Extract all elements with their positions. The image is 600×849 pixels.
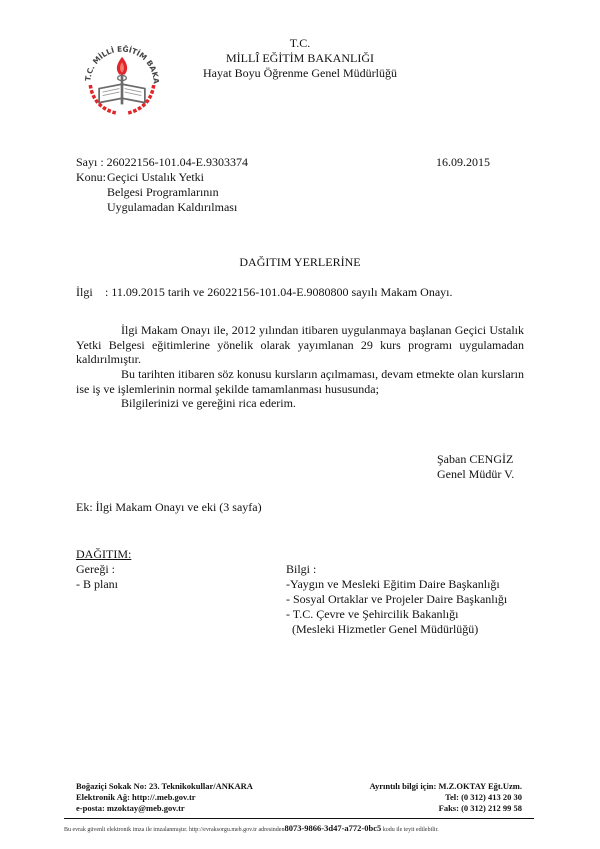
info-item: -Yaygın ve Mesleki Eğitim Daire Başkanlı… bbox=[286, 577, 500, 592]
action-item: - B planı bbox=[76, 577, 118, 592]
reference-label: İlgi bbox=[76, 285, 93, 300]
body-paragraph-2: Bu tarihten itibaren söz konusu kursları… bbox=[76, 367, 524, 396]
info-item: - T.C. Çevre ve Şehircilik Bakanlığı bbox=[286, 607, 459, 622]
info-label: Bilgi : bbox=[286, 562, 316, 577]
info-item: (Mesleki Hizmetler Genel Müdürlüğü) bbox=[286, 622, 478, 637]
footer-contact-person: Ayrıntılı bilgi için: M.Z.OKTAY Eğt.Uzm. bbox=[369, 781, 522, 792]
subject-line-2: Belgesi Programlarının bbox=[107, 185, 219, 200]
verification-suffix: kodu ile teyit edilebilir. bbox=[381, 827, 439, 833]
subject-label: Konu: bbox=[76, 170, 106, 185]
footer-website[interactable]: Elektronik Ağ: http://.meb.gov.tr bbox=[76, 792, 196, 803]
header-tc: T.C. bbox=[0, 36, 600, 51]
recipient-heading: DAĞITIM YERLERİNE bbox=[0, 255, 600, 270]
action-label: Gereği : bbox=[76, 562, 115, 577]
verification-note: Bu evrak güvenli elektronik imza ile imz… bbox=[64, 824, 439, 835]
footer-email[interactable]: e-posta: mzoktay@meb.gov.tr bbox=[76, 803, 185, 814]
distribution-heading: DAĞITIM: bbox=[76, 547, 131, 562]
footer-divider bbox=[64, 818, 534, 819]
document-date: 16.09.2015 bbox=[436, 155, 490, 170]
subject-line-3: Uygulamadan Kaldırılması bbox=[107, 200, 237, 215]
info-item: - Sosyal Ortaklar ve Projeler Daire Başk… bbox=[286, 592, 507, 607]
header-directorate: Hayat Boyu Öğrenme Genel Müdürlüğü bbox=[0, 66, 600, 81]
signatory-name: Şaban CENGİZ bbox=[437, 452, 513, 467]
subject-line-1: Geçici Ustalık Yetki bbox=[107, 170, 204, 185]
body-paragraph-1: İlgi Makam Onayı ile, 2012 yılından itib… bbox=[76, 323, 524, 367]
signatory-title: Genel Müdür V. bbox=[437, 467, 514, 482]
document-number: Sayı : 26022156-101.04-E.9303374 bbox=[76, 155, 248, 170]
footer-phone: Tel: (0 312) 413 20 30 bbox=[445, 792, 522, 803]
attachment-note: Ek: İlgi Makam Onayı ve eki (3 sayfa) bbox=[76, 500, 262, 515]
body-paragraph-3: Bilgilerinizi ve gereğini rica ederim. bbox=[76, 396, 524, 411]
verification-prefix: Bu evrak güvenli elektronik imza ile imz… bbox=[64, 827, 284, 833]
verification-code: 8073-9866-3d47-a772-0bc5 bbox=[284, 823, 381, 833]
header-ministry: MİLLÎ EĞİTİM BAKANLIĞI bbox=[0, 51, 600, 66]
footer-fax: Faks: (0 312) 212 99 58 bbox=[439, 803, 522, 814]
reference-text: : 11.09.2015 tarih ve 26022156-101.04-E.… bbox=[105, 285, 453, 300]
footer-address: Boğaziçi Sokak No: 23. Teknikokullar/ANK… bbox=[76, 781, 253, 792]
